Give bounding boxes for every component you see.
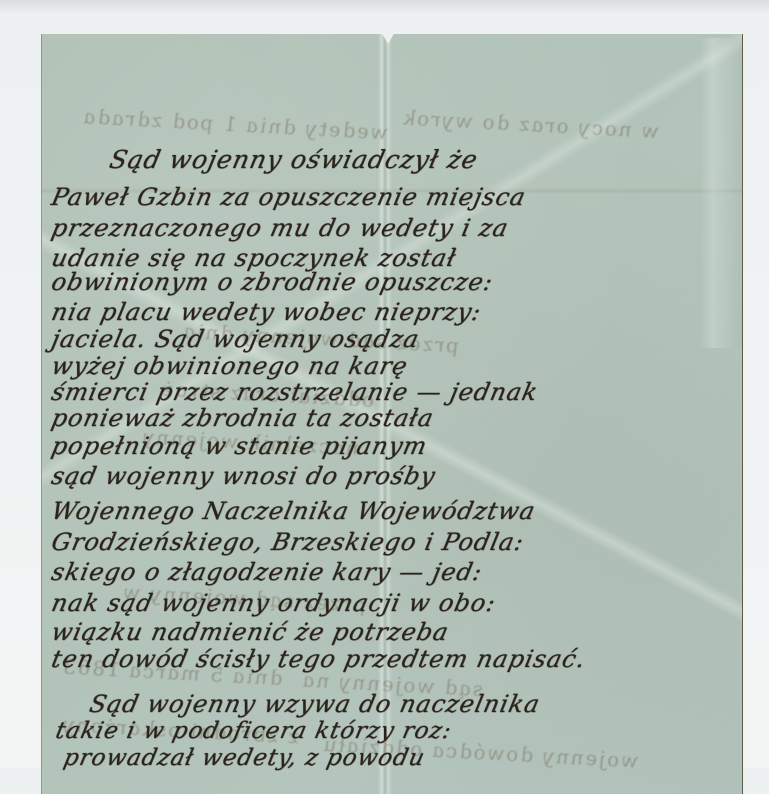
manuscript-line: ponieważ zbrodnia ta została: [49, 404, 437, 432]
manuscript-line: Grodzieńskiego, Brzeskiego i Podla:: [49, 528, 527, 556]
manuscript-line: wyżej obwinionego na karę: [49, 352, 411, 380]
manuscript-line: Wojennego Naczelnika Województwa: [49, 497, 538, 525]
manuscript-line: takie i w podoficera którzy roz:: [53, 718, 454, 744]
manuscript-line: Paweł Gzbin za opuszczenie miejsca: [49, 183, 529, 211]
manuscript-line: śmierci przez rozstrzelanie — jednak: [49, 378, 541, 406]
manuscript-line: jaciela. Sąd wojenny osądza: [49, 325, 422, 353]
manuscript-line: przeznaczonego mu do wedety i za: [49, 214, 511, 242]
manuscript-line: Sąd wojenny wzywa do naczelnika: [87, 690, 543, 718]
manuscript-line: nak sąd wojenny ordynacji w obo:: [49, 589, 499, 617]
paper-fold-crease: [700, 38, 742, 348]
manuscript-line: wiązku nadmienić że potrzeba: [49, 618, 452, 646]
manuscript-line: prowadzał wedety, z powodu: [61, 745, 427, 768]
manuscript-line: popełnioną w stanie pijanym: [49, 432, 430, 460]
manuscript-line: sąd wojenny wnosi do prośby: [49, 462, 438, 490]
manuscript-line: obwinionym o zbrodnie opuszcze:: [49, 268, 496, 296]
manuscript-line: skiego o złagodzenie kary — jed:: [49, 558, 485, 586]
manuscript-line: Sąd wojenny oświadczył że: [107, 145, 481, 174]
manuscript-line: nia placu wedety wobec nieprzy:: [49, 298, 484, 326]
manuscript-line: ten dowód ścisły tego przedtem napisać.: [49, 645, 588, 673]
